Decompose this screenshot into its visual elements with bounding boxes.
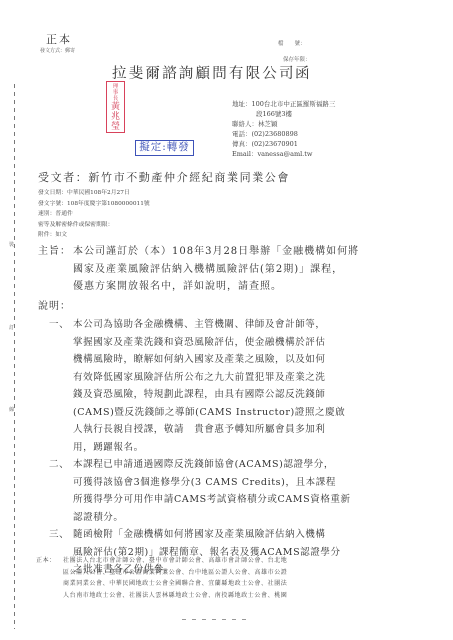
address: 地址：100台北市中正區羅斯福路三 (232, 99, 335, 109)
subject-section: 主旨：本公司謹訂於（本）108年3月28日舉辦「金融機構如何將 國家及產業風險評… (38, 243, 359, 296)
item-number: 二、 (49, 456, 73, 474)
doc-number: 發文字號：108年度慶字第1080000011號 (38, 199, 150, 210)
item-line: 認證積分。 (49, 509, 351, 527)
seal-name-char: 兆 (111, 112, 120, 122)
item-line: 掌握國家及產業洗錢和資恐風險評估，使金融機構於評估 (49, 334, 351, 352)
copies-line: 區公證人公會、臺北市公證商業同業公會、台中地區公證人公會、高雄市公證 (36, 567, 287, 579)
copies-section: 正本：社團法人台北市會計師公會、臺中市會計師公會、高雄市會計師公會、台北地 區公… (36, 555, 287, 601)
subject-label: 主旨： (38, 243, 73, 261)
item-line: 有效降低國家風險評估所公布之九大前置犯罪及產業之洗 (49, 369, 351, 387)
item-line: 本公司為協助各金融機構、主管機關、律師及會計師等， (73, 319, 326, 330)
item-line: (CAMS)暨反洗錢師之導師(CAMS Instructor)證照之慶啟 (49, 404, 351, 422)
send-method: 發文方式：郵寄 (40, 47, 75, 54)
fax: 傳真：(02)23670901 (232, 139, 335, 149)
item-line: 錢及資恐風險，特規劃此課程，由具有國際公認反洗錢師 (49, 386, 351, 404)
item-line: 本課程已申請通過國際反洗錢師協會(ACAMS)認證學分， (73, 459, 334, 470)
binding-line (14, 84, 15, 629)
explanation-items: 一、本公司為協助各金融機構、主管機關、律師及會計師等， 掌握國家及產業洗錢和資恐… (49, 316, 351, 579)
binding-char-ding: 訂 (9, 323, 14, 332)
routing-stamp: 擬定:轉發 (135, 140, 194, 156)
email: Email：vanessa@aml.tw (232, 149, 335, 159)
file-number-field: 檔 號： (278, 39, 306, 47)
item-line: 用，踴躍報名。 (49, 439, 351, 457)
item-line: 所獲得學分可用作申請CAMS考試資格積分或CAMS資格重新 (49, 491, 351, 509)
subject-line: 優惠方案開放報名中，詳如說明，請查照。 (38, 278, 359, 296)
binding-char-xian: 線 (9, 405, 14, 414)
explanation-item-1: 一、本公司為協助各金融機構、主管機關、律師及會計師等， 掌握國家及產業洗錢和資恐… (49, 316, 351, 456)
document-type: 函 (295, 62, 310, 83)
address-continued: 段166號3樓 (232, 109, 335, 119)
explanation-item-2: 二、本課程已申請通過國際反洗錢師協會(ACAMS)認證學分， 可獲得該協會3個進… (49, 456, 351, 526)
item-number: 一、 (49, 316, 73, 334)
page-footer-marker (182, 619, 250, 620)
contact-person: 聯絡人：林芝穎 (232, 119, 335, 129)
copies-line: 社團法人台北市會計師公會、臺中市會計師公會、高雄市會計師公會、台北地 (63, 557, 287, 564)
item-line: 人執行長親自授課，敬請 貴會惠予轉知所屬會員多加利 (49, 421, 351, 439)
priority: 速別：普通件 (38, 209, 150, 220)
subject-line: 本公司謹訂於（本）108年3月28日舉辦「金融機構如何將 (73, 246, 359, 257)
attachment: 附件：如文 (38, 230, 150, 241)
copies-line: 人台南市地政士公會、社團法人雲林縣地政士公會、南投縣地政士公會、桃園 (36, 590, 287, 602)
recipient: 受文者：新竹市不動產仲介經紀商業同業公會 (38, 169, 290, 185)
document-meta: 發文日期：中華民國108年2月27日 發文字號：108年度慶字第10800000… (38, 188, 150, 241)
copies-line: 商業同業公會、中華民國地政士公會全國聯合會、宜蘭縣地政士公會、社團法 (36, 578, 287, 590)
subject-line: 國家及產業風險評估納入機構風險評估(第2期)」課程， (38, 261, 359, 279)
item-number: 三、 (49, 526, 73, 544)
seal-name-char: 瑩 (111, 122, 120, 132)
explanation-label: 說明： (38, 297, 71, 312)
item-line: 機構風險時，瞭解如何納入國家及產業之風險，以及如何 (49, 351, 351, 369)
phone: 電話：(02)23680898 (232, 129, 335, 139)
copies-label: 正本： (36, 555, 63, 567)
organization-name: 拉斐爾諮詢顧問有限公司 (112, 62, 296, 83)
confidentiality: 密等及解密條件或保密期限： (38, 220, 150, 231)
contact-info: 地址：100台北市中正區羅斯福路三 段166號3樓 聯絡人：林芝穎 電話：(02… (232, 99, 335, 159)
issue-date: 發文日期：中華民國108年2月27日 (38, 188, 150, 199)
copy-type-label: 正本 (46, 31, 72, 47)
seal-name-char: 黃 (111, 102, 120, 112)
item-line: 隨函檢附「金融機構如何將國家及產業風險評估納入機構 (73, 529, 326, 540)
item-line: 可獲得該協會3個進修學分(3 CAMS Credits)，且本課程 (49, 474, 351, 492)
chairman-seal-stamp: 理 事 長 黃 兆 瑩 (106, 81, 125, 133)
binding-char-zhuang: 裝 (9, 240, 14, 249)
